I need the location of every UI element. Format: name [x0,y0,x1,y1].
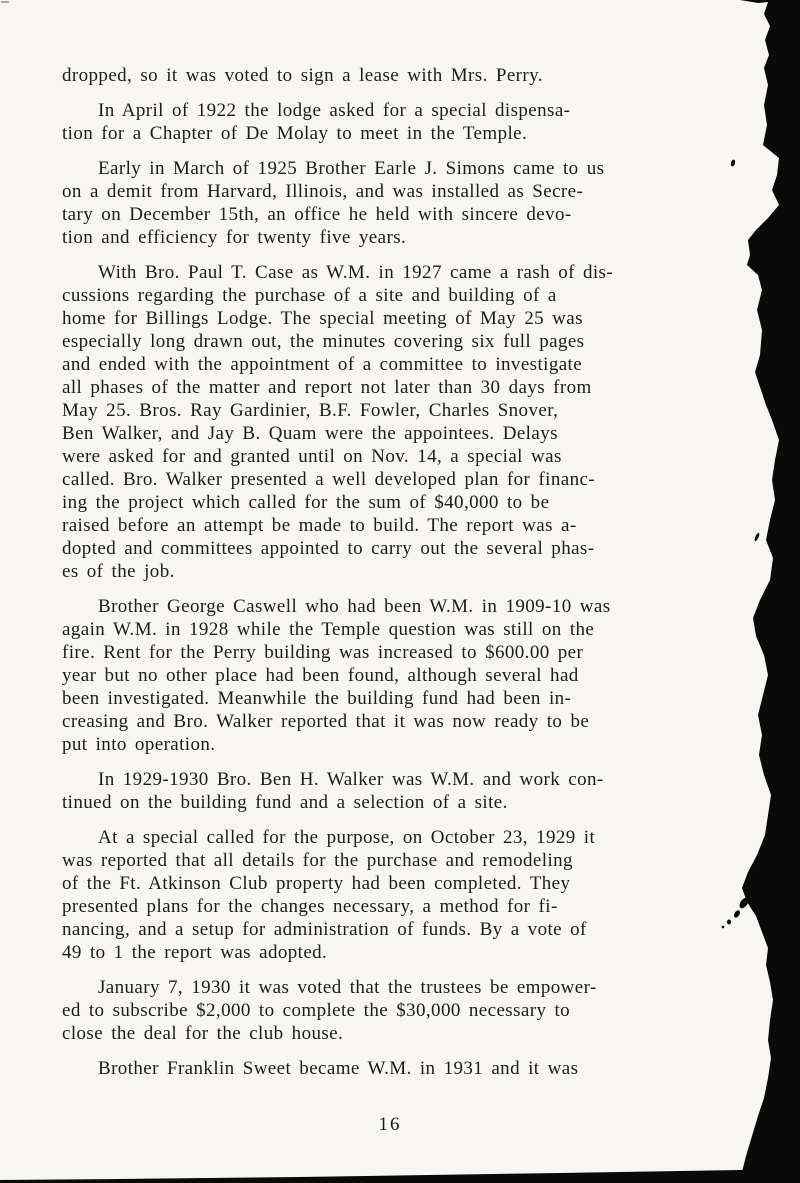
ink-fleck [727,920,731,925]
scanned-page: dropped, so it was voted to sign a lease… [0,0,800,1183]
paragraph: Brother George Caswell who had been W.M.… [62,595,718,756]
ink-fleck [730,159,736,167]
ink-fleck [733,909,742,918]
ink-fleck [754,532,761,542]
text-block: dropped, so it was voted to sign a lease… [62,64,718,1092]
paragraph: At a special called for the purpose, on … [62,826,718,964]
ink-fleck [722,926,725,929]
paragraph: dropped, so it was voted to sign a lease… [62,64,718,87]
ink-fleck [738,896,751,910]
paragraph: January 7, 1930 it was voted that the tr… [62,976,718,1045]
paragraph: In April of 1922 the lodge asked for a s… [62,99,718,145]
bottom-edge-bar [0,1169,800,1183]
corner-speck [1,1,9,3]
paragraph: In 1929-1930 Bro. Ben H. Walker was W.M.… [62,768,718,814]
right-edge-tear [738,0,800,1183]
paragraph: Brother Franklin Sweet became W.M. in 19… [62,1057,718,1080]
page-number: 16 [62,1114,718,1136]
ink-fleck [745,871,759,890]
paragraph: Early in March of 1925 Brother Earle J. … [62,157,718,249]
paragraph: With Bro. Paul T. Case as W.M. in 1927 c… [62,261,718,583]
